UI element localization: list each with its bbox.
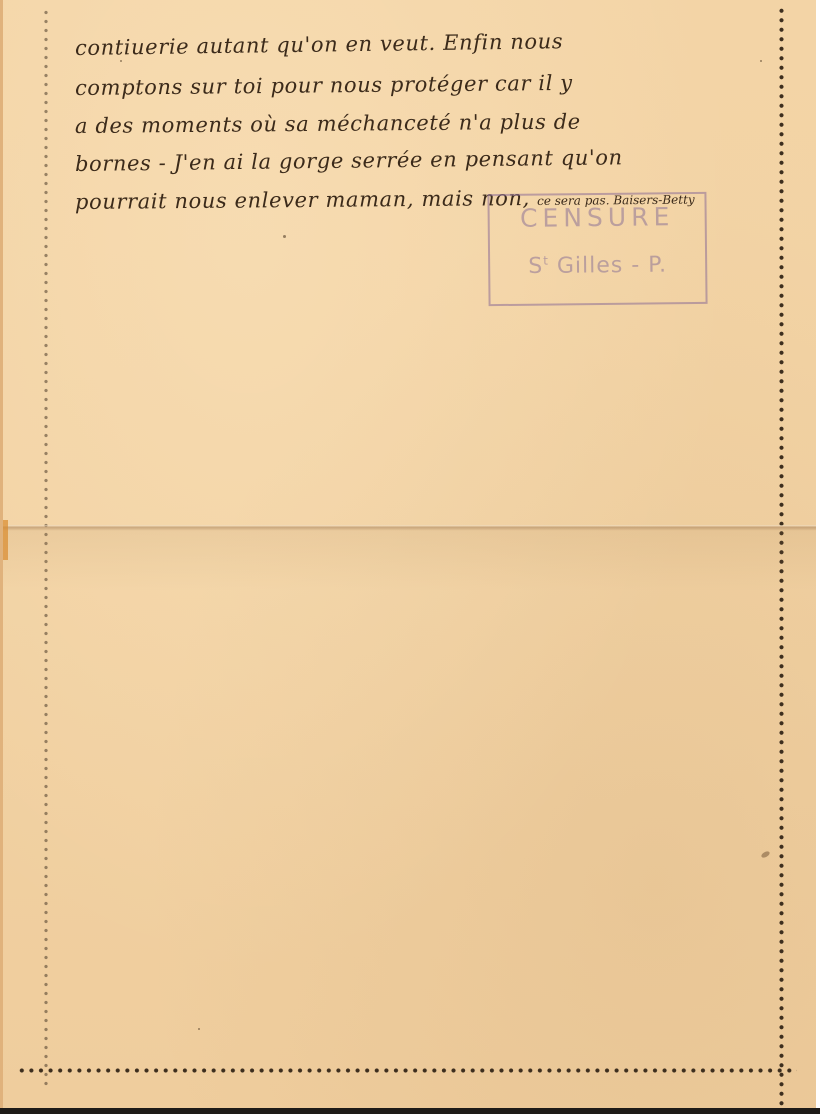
paper-speck (120, 60, 122, 62)
paper-speck (760, 60, 762, 62)
stamp-location-rest: Gilles - P. (549, 253, 667, 279)
bottom-perforation (17, 1068, 797, 1073)
handwritten-line-3: a des moments où sa méchanceté n'a plus … (75, 110, 581, 138)
stamp-censure-text: CENSURE (490, 202, 705, 233)
handwritten-line-1: contiuerie autant qu'on en veut. Enfin n… (75, 29, 563, 60)
handwritten-line-2: comptons sur toi pour nous protéger car … (75, 71, 573, 100)
paper-stain (760, 850, 770, 859)
censorship-stamp: CENSURE St Gilles - P. (487, 192, 707, 306)
paper-speck (198, 1028, 200, 1030)
paper-speck (283, 235, 286, 238)
stamp-location-prefix: S (528, 254, 543, 279)
fold-shadow (3, 531, 819, 591)
edge-stain (3, 520, 8, 560)
letter-card-sheet: contiuerie autant qu'on en veut. Enfin n… (0, 0, 819, 1108)
handwritten-line-4: bornes - J'en ai la gorge serrée en pens… (75, 145, 623, 176)
stamp-location-text: St Gilles - P. (490, 252, 705, 280)
handwritten-line-5-main: pourrait nous enlever maman, mais non, (75, 186, 530, 214)
scan-edge-right (816, 0, 820, 1108)
scan-edge-bottom (0, 1108, 820, 1114)
